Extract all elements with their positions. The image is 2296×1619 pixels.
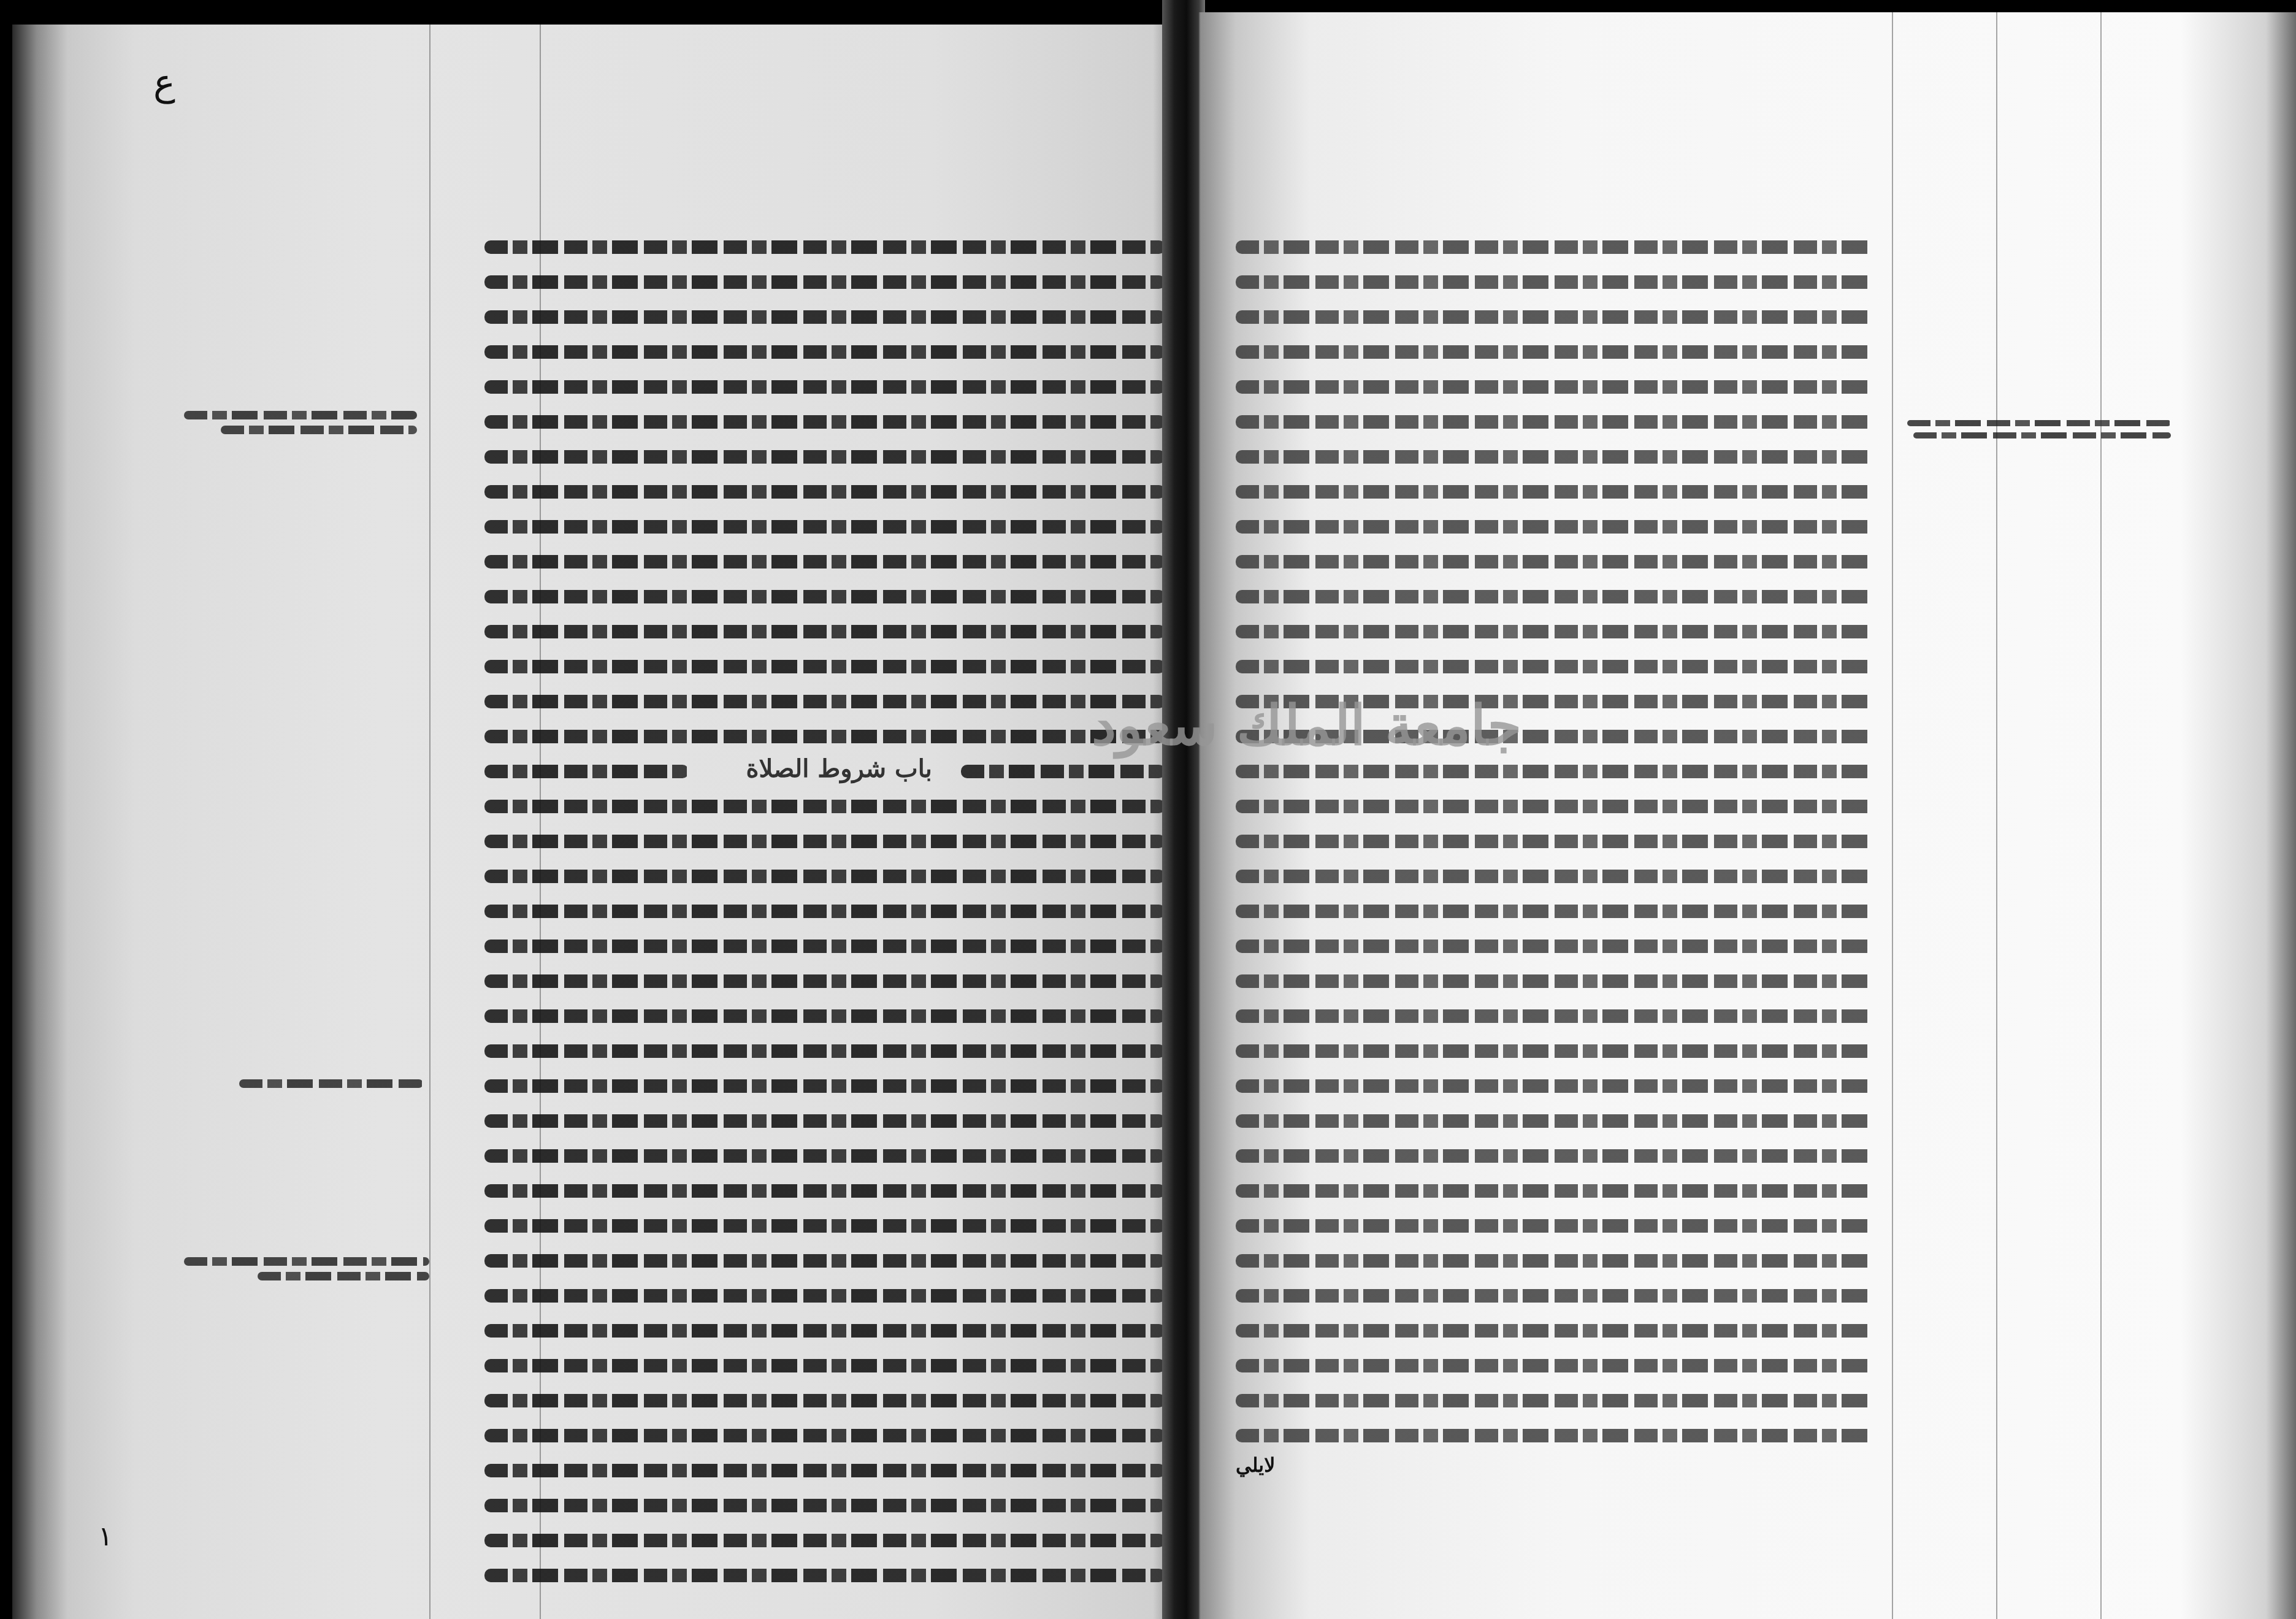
left-page-text: باب شروط الصلاة [484,227,1165,1590]
ruling-line [429,25,431,1619]
margin-note: الطهر ما ذكرناه في الثوب يجب [215,1073,423,1088]
margin-note: ... حاشية ... [1895,414,2171,438]
ruling-line [2100,12,2102,1619]
catchword: لايلي [1236,1453,1275,1477]
left-page: ع فصل ... الطهارة الطهر ما ذكرناه في الث… [12,25,1171,1619]
corner-mark: ١ [98,1521,113,1552]
margin-note: وهو ... الصلاة ... الجنب والمحدث / اذا .… [172,1251,429,1280]
chapter-heading: باب شروط الصلاة [746,751,932,786]
chapter-heading-line: باب شروط الصلاة [484,751,1165,786]
library-watermark: جامعة الملك سعود [1092,693,1521,758]
ruling-line [1996,12,1997,1619]
folio-mark: ع [153,61,175,104]
margin-note: فصل ... الطهارة [172,405,417,434]
right-page: ... حاشية ... لايلي [1199,12,2296,1619]
ruling-line [1199,12,1200,1619]
ruling-line [1892,12,1893,1619]
manuscript-spread: ع فصل ... الطهارة الطهر ما ذكرناه في الث… [0,0,2296,1619]
right-page-text [1236,227,1873,1450]
